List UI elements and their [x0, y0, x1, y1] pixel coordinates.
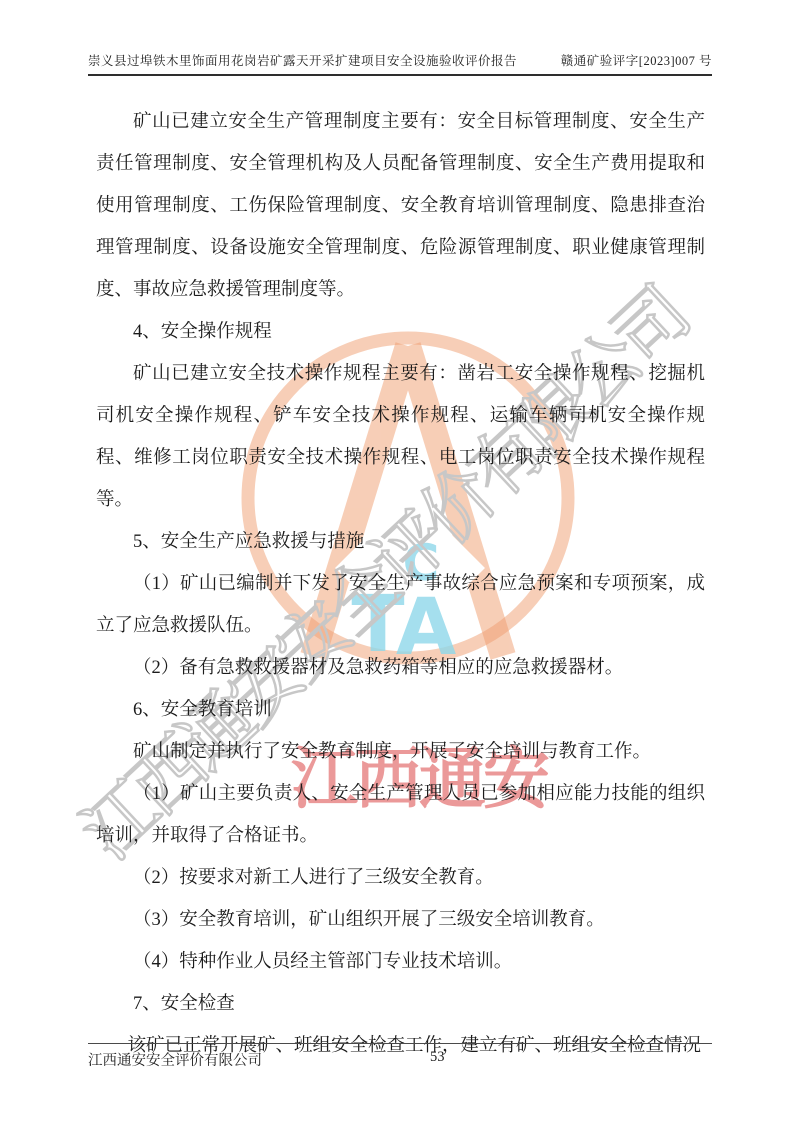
paragraph-heading: 5、安全生产应急救援与措施	[96, 521, 705, 563]
paragraph: （2）按要求对新工人进行了三级安全教育。	[96, 857, 705, 899]
header-report-title: 崇义县过埠铁木里饰面用花岗岩矿露天开采扩建项目安全设施验收评价报告	[88, 51, 517, 69]
paragraph-heading: 7、安全检查	[96, 983, 705, 1025]
paragraph-heading: 4、安全操作规程	[96, 311, 705, 353]
body-text: 矿山已建立安全生产管理制度主要有：安全目标管理制度、安全生产责任管理制度、安全管…	[96, 101, 705, 1067]
page-number: 53	[430, 1049, 445, 1066]
header-divider	[88, 74, 712, 76]
paragraph: （1）矿山已编制并下发了安全生产事故综合应急预案和专项预案，成立了应急救援队伍。	[96, 563, 705, 647]
paragraph: （3）安全教育培训，矿山组织开展了三级安全培训教育。	[96, 899, 705, 941]
paragraph: （4）特种作业人员经主管部门专业技术培训。	[96, 941, 705, 983]
footer-divider	[88, 1043, 712, 1044]
paragraph: 矿山制定并执行了安全教育制度，开展了安全培训与教育工作。	[96, 731, 705, 773]
paragraph: 矿山已建立安全技术操作规程主要有：凿岩工安全操作规程、挖掘机司机安全操作规程、铲…	[96, 353, 705, 521]
paragraph: （1）矿山主要负责人、安全生产管理人员已参加相应能力技能的组织培训，并取得了合格…	[96, 773, 705, 857]
paragraph: （2）备有急救救援器材及急救药箱等相应的应急救援器材。	[96, 647, 705, 689]
document-page: C T A 江西通安安全评价有限公司 江西通安 崇义县过埠铁木里饰面用花岗岩矿露…	[0, 0, 800, 1131]
footer-company-name: 江西通安安全评价有限公司	[88, 1049, 262, 1070]
header-doc-number: 赣通矿验评字[2023]007 号	[561, 51, 712, 69]
paragraph-heading: 6、安全教育培训	[96, 689, 705, 731]
paragraph: 矿山已建立安全生产管理制度主要有：安全目标管理制度、安全生产责任管理制度、安全管…	[96, 101, 705, 311]
